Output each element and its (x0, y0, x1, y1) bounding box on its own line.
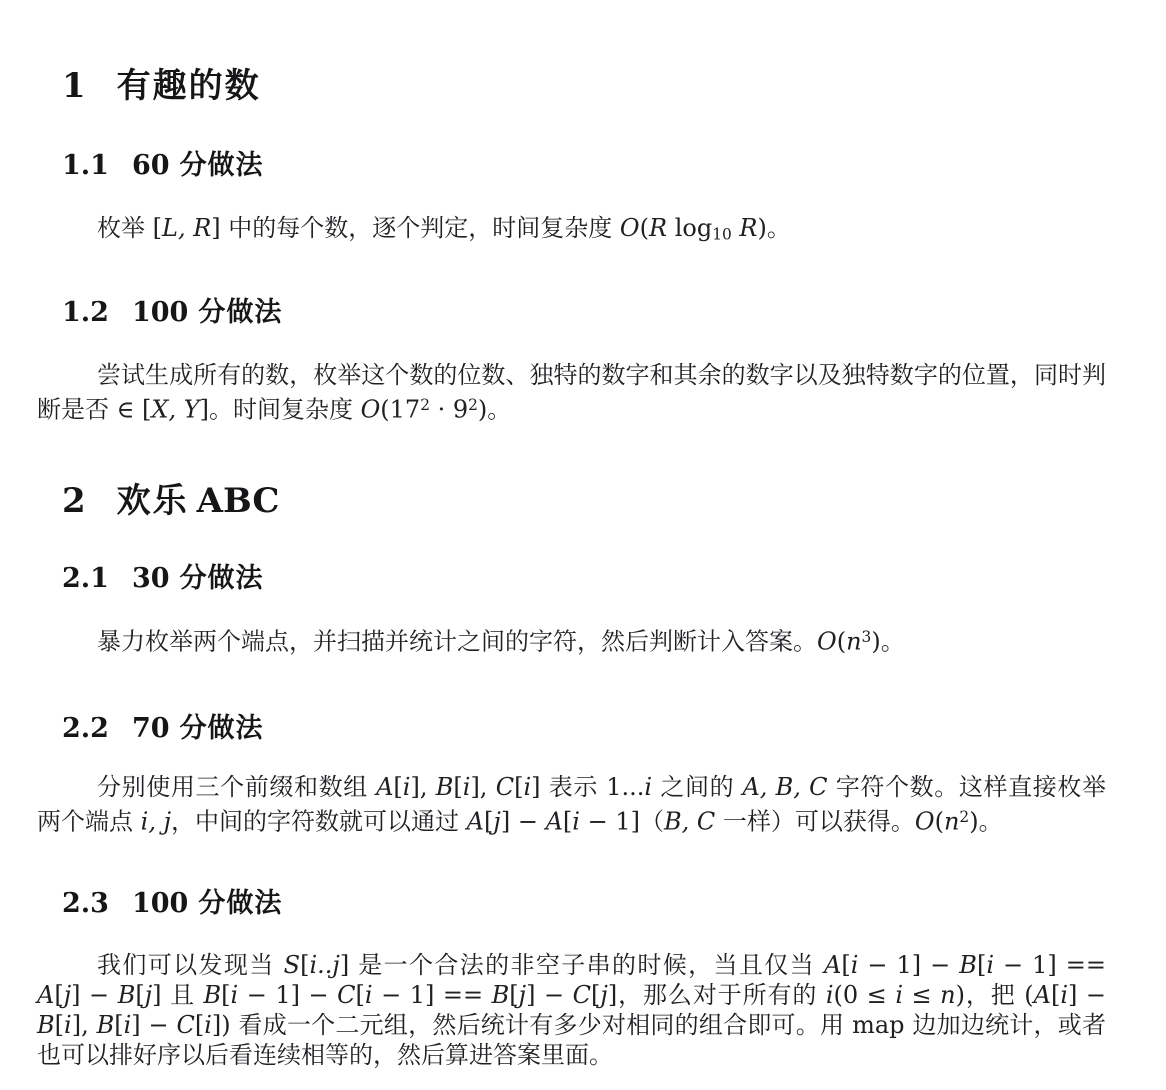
text-run: 看成一个二元组，然后统计有多少对相同的组合即可。用 (231, 1011, 852, 1039)
math-run: ] − (501, 807, 546, 835)
math-run: B (97, 1011, 115, 1039)
math-run: ) (956, 981, 965, 1009)
math-run: A (1034, 981, 1051, 1009)
math-run: A (467, 807, 484, 835)
subsection-number: 1.2 (62, 297, 109, 328)
subsection-label: 分做法 (180, 150, 264, 180)
text-run: 。 (767, 214, 791, 242)
math-run: [ (356, 981, 365, 1009)
paragraph-2-1: 暴力枚举两个端点，并扫描并统计之间的字符，然后判断计入答案。O(n3)。 (37, 622, 1106, 657)
math-run: X, Y (151, 396, 199, 424)
math-run: ( (1024, 981, 1033, 1009)
section-number: 2 (62, 481, 86, 521)
text-run: ，把 (965, 981, 1024, 1009)
math-run: ], (72, 1011, 97, 1039)
subsection-score: 60 (132, 150, 170, 181)
subsection-label: 分做法 (198, 297, 282, 327)
section-number: 1 (62, 66, 86, 106)
math-run: C (573, 981, 591, 1009)
math-run: [ (977, 951, 986, 979)
math-run: C (496, 773, 514, 801)
math-run: n (940, 981, 955, 1009)
math-run: i, j (141, 807, 171, 835)
math-run: i (826, 981, 834, 1009)
math-run: [ (563, 807, 572, 835)
math-run: O (361, 396, 381, 424)
text-run: 中的每个数，逐个判定，时间复杂度 (221, 214, 620, 242)
math-run: i (895, 981, 903, 1009)
math-run: ] (531, 773, 540, 801)
math-run: ∈ [ (117, 396, 152, 424)
section-heading-1: 1有趣的数 (62, 66, 1106, 106)
math-run: map (852, 1011, 904, 1039)
math-run: B (492, 981, 510, 1009)
math-run: A (546, 807, 563, 835)
math-run: A, B, C (742, 773, 827, 801)
text-run: 。时间复杂度 (209, 396, 361, 424)
paragraph-2-3: 我们可以发现当 S[i..j] 是一个合法的非空子串的时候，当且仅当 A[i −… (37, 950, 1106, 1070)
subsection-score: 70 (132, 713, 170, 744)
section-title-latin: ABC (197, 481, 280, 521)
math-run: i (365, 981, 373, 1009)
text-run: ，那么对于所有的 (617, 981, 826, 1009)
subsection-heading-1-2: 1.2100分做法 (62, 295, 1106, 330)
math-run: [ (54, 981, 63, 1009)
math-run: ] − (1068, 981, 1106, 1009)
math-run: 3 (862, 628, 872, 646)
math-run: B (204, 981, 222, 1009)
math-run: − 1] == (994, 951, 1106, 979)
math-run: [ (841, 951, 850, 979)
subsection-score: 30 (132, 563, 170, 594)
math-run: [ (221, 981, 230, 1009)
paragraph-2-2: 分别使用三个前缀和数组 A[i], B[i], C[i] 表示 1...i 之间… (37, 772, 1106, 837)
subsection-number: 2.3 (62, 888, 109, 919)
math-run: ) (871, 628, 880, 656)
math-run: A (376, 773, 393, 801)
math-run: [ (135, 981, 144, 1009)
subsection-number: 1.1 (62, 150, 109, 181)
math-run: i (1060, 981, 1068, 1009)
subsection-score: 100 (132, 888, 188, 919)
math-run: [ (55, 1011, 64, 1039)
math-run: R (732, 214, 758, 242)
math-run: ] (200, 396, 209, 424)
math-run: ( (837, 628, 846, 656)
text-run: 。 (881, 628, 905, 656)
text-run: 。 (487, 396, 511, 424)
math-run: C (337, 981, 355, 1009)
math-run: ] (211, 214, 220, 242)
math-run: ] − (526, 981, 573, 1009)
subsection-heading-2-2: 2.270分做法 (62, 711, 1106, 746)
math-run: i (204, 1011, 212, 1039)
math-run: B, C (664, 807, 715, 835)
math-run: O (817, 628, 837, 656)
math-run: 2 (420, 396, 430, 414)
subsection-number: 2.2 (62, 713, 109, 744)
math-run: B (959, 951, 977, 979)
math-run: [ (509, 981, 518, 1009)
text-run: 一样）可以获得。 (715, 807, 915, 835)
math-run: ( (935, 807, 944, 835)
math-run: ], (410, 773, 435, 801)
math-run: i (644, 773, 652, 801)
subsection-label: 分做法 (180, 563, 264, 593)
math-run: A (37, 981, 54, 1009)
text-run: ，中间的字符数就可以通过 (171, 807, 467, 835)
math-run: i (572, 807, 580, 835)
math-run: j (600, 981, 607, 1009)
math-run: [ (195, 1011, 204, 1039)
math-run: R (649, 214, 667, 242)
math-run: [ (114, 1011, 123, 1039)
math-run: [ (1051, 981, 1060, 1009)
paragraph-1-1: 枚举 [L, R] 中的每个数，逐个判定，时间复杂度 O(R log10 R)。 (37, 213, 1106, 249)
text-run: 且 (162, 981, 204, 1009)
paragraph-1-2: 尝试生成所有的数，枚举这个数的位数、独特的数字和其余的数字以及独特数字的位置，同… (37, 360, 1106, 425)
math-run: B (436, 773, 454, 801)
math-run: ≤ (903, 981, 940, 1009)
math-run: 2 (468, 396, 478, 414)
math-run: ) (969, 807, 978, 835)
math-run: ], (470, 773, 495, 801)
math-run: 10 (712, 225, 732, 243)
section-title: 欢乐 (117, 482, 189, 520)
math-run: ] − (71, 981, 118, 1009)
text-run: 暴力枚举两个端点，并扫描并统计之间的字符，然后判断计入答案。 (97, 628, 817, 656)
section-heading-2: 2欢乐ABC (62, 481, 1106, 521)
math-run: ) (757, 214, 766, 242)
math-run: i..j (309, 951, 339, 979)
subsection-number: 2.1 (62, 563, 109, 594)
math-run: [ (153, 214, 162, 242)
math-run: ]) (212, 1011, 231, 1039)
math-run: C (176, 1011, 194, 1039)
text-run: 我们可以发现当 (97, 951, 284, 979)
math-run: O (915, 807, 935, 835)
math-run: log (667, 214, 712, 242)
math-run: A (824, 951, 841, 979)
text-run: 是一个合法的非空子串的时候，当且仅当 (349, 951, 824, 979)
subsection-score: 100 (132, 297, 188, 328)
math-run: 2 (959, 808, 969, 826)
math-run: B (37, 1011, 55, 1039)
math-run: [ (591, 981, 600, 1009)
math-run: − 1] (580, 807, 640, 835)
math-run: L, R (162, 214, 211, 242)
subsection-label: 分做法 (198, 888, 282, 918)
math-run: n (846, 628, 861, 656)
math-run: j (519, 981, 526, 1009)
math-run: ) (478, 396, 487, 424)
text-run: 之间的 (652, 773, 742, 801)
math-run: − 1] − (238, 981, 337, 1009)
text-run: 。 (979, 807, 1003, 835)
math-run: ] − (131, 1011, 176, 1039)
math-run: ( (640, 214, 649, 242)
math-run: [ (453, 773, 462, 801)
math-run: − 1] == (373, 981, 492, 1009)
math-run: n (944, 807, 959, 835)
subsection-heading-1-1: 1.160分做法 (62, 148, 1106, 183)
subsection-heading-2-3: 2.3100分做法 (62, 886, 1106, 921)
math-run: ] (152, 981, 161, 1009)
text-run: （ (640, 807, 664, 835)
text-run: 表示 (541, 773, 607, 801)
math-run: i (523, 773, 531, 801)
text-run: 分别使用三个前缀和数组 (97, 773, 376, 801)
math-run: ] (340, 951, 349, 979)
text-run: 枚举 (97, 214, 153, 242)
math-run: B (118, 981, 136, 1009)
document-page: 1有趣的数 1.160分做法 枚举 [L, R] 中的每个数，逐个判定，时间复杂… (0, 0, 1166, 1090)
math-run: j (493, 807, 500, 835)
math-run: (17 (380, 396, 420, 424)
math-run: 1... (606, 773, 644, 801)
math-run: i (986, 951, 994, 979)
math-run: S (284, 951, 300, 979)
math-run: ] (608, 981, 617, 1009)
subsection-heading-2-1: 2.130分做法 (62, 561, 1106, 596)
math-run: O (620, 214, 640, 242)
math-run: [ (393, 773, 402, 801)
subsection-label: 分做法 (180, 713, 264, 743)
math-run: i (64, 1011, 72, 1039)
math-run: − 1] − (858, 951, 959, 979)
math-run: · 9 (430, 396, 468, 424)
section-title: 有趣的数 (117, 67, 261, 105)
math-run: (0 ≤ (834, 981, 896, 1009)
math-run: [ (484, 807, 493, 835)
